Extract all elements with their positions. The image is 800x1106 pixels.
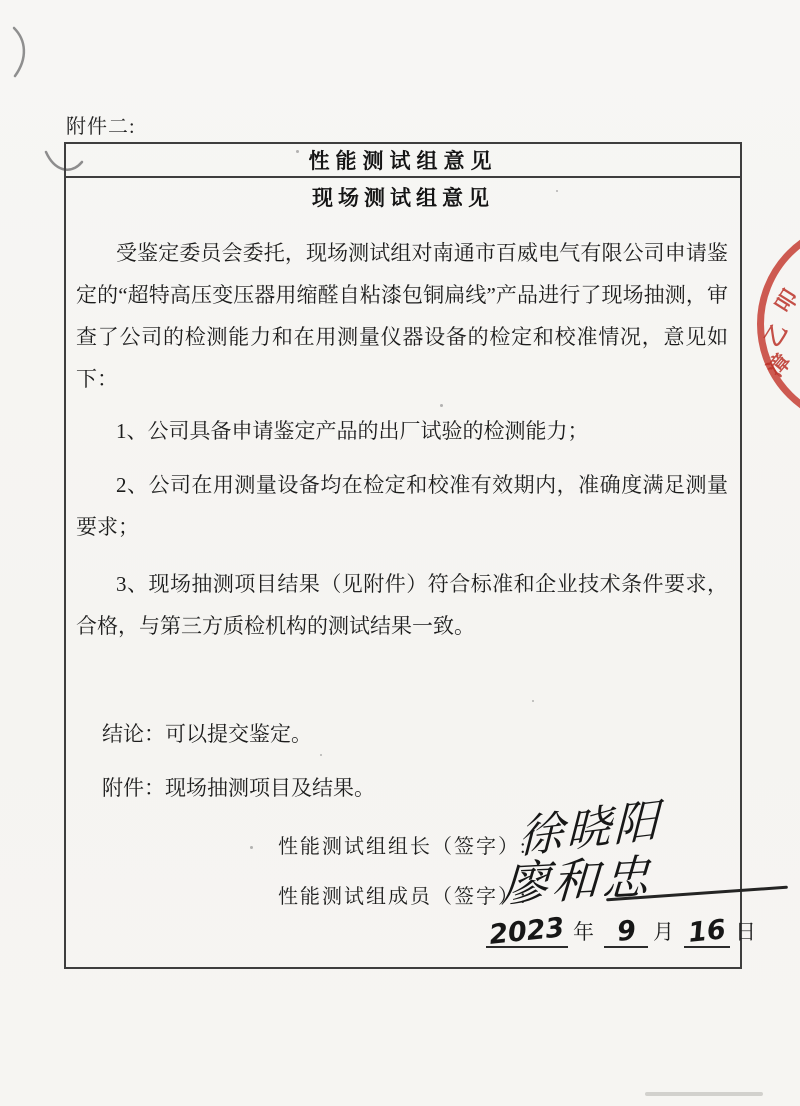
- date-day-handwritten: 16: [687, 914, 728, 949]
- signature-label-member: 性能测试组成员（签字）:: [278, 880, 528, 909]
- scan-noise-dot: [250, 846, 253, 849]
- date-year-unit: 年: [573, 916, 594, 946]
- date-line: 2023 年 9 月 16 日: [486, 914, 766, 948]
- paragraph-item-2: 2、公司在用测量设备均在检定和校准有效期内，准确度满足测量要求；: [76, 464, 728, 548]
- date-month-underline: 9: [604, 914, 648, 948]
- paragraph-item-3: 3、现场抽测项目结果（见附件）符合标准和企业技术条件要求，合格，与第三方质检机构…: [76, 563, 728, 647]
- date-day-unit: 日: [735, 916, 756, 946]
- date-month-handwritten: 9: [615, 915, 637, 948]
- scan-noise-dot: [440, 404, 443, 407]
- scan-noise-dot: [556, 190, 558, 192]
- conclusion-line: 结论：可以提交鉴定。: [76, 713, 728, 755]
- paragraph-intro: 受鉴定委员会委托，现场测试组对南通市百威电气有限公司申请鉴定的“超特高压变压器用…: [76, 232, 728, 400]
- date-year-underline: 2023: [486, 914, 568, 948]
- form-body: 受鉴定委员会委托，现场测试组对南通市百威电气有限公司申请鉴定的“超特高压变压器用…: [66, 212, 740, 809]
- scan-smudge: [645, 1092, 763, 1096]
- paragraph-item-1: 1、公司具备申请鉴定产品的出厂试验的检测能力；: [76, 410, 728, 452]
- signature-member-handwritten: 廖和忠: [500, 840, 653, 915]
- scan-noise-dot: [320, 754, 322, 756]
- form-title: 性能测试组意见: [66, 144, 740, 178]
- signature-label-leader: 性能测试组组长（签字）:: [278, 830, 528, 859]
- scan-noise-dot: [296, 150, 299, 153]
- form-subtitle: 现场测试组意见: [66, 184, 740, 212]
- scan-noise-dot: [532, 700, 534, 702]
- scan-artifact-mark: [4, 22, 44, 84]
- date-month-unit: 月: [653, 916, 674, 946]
- date-year-handwritten: 2023: [488, 912, 566, 951]
- opinion-form-box: 性能测试组意见 现场测试组意见 受鉴定委员会委托，现场测试组对南通市百威电气有限…: [64, 142, 742, 969]
- scanned-document-page: 附件二: 性能测试组意见 现场测试组意见 受鉴定委员会委托，现场测试组对南通市百…: [0, 0, 800, 1106]
- date-day-underline: 16: [684, 914, 730, 948]
- attachment-label: 附件二:: [66, 110, 136, 139]
